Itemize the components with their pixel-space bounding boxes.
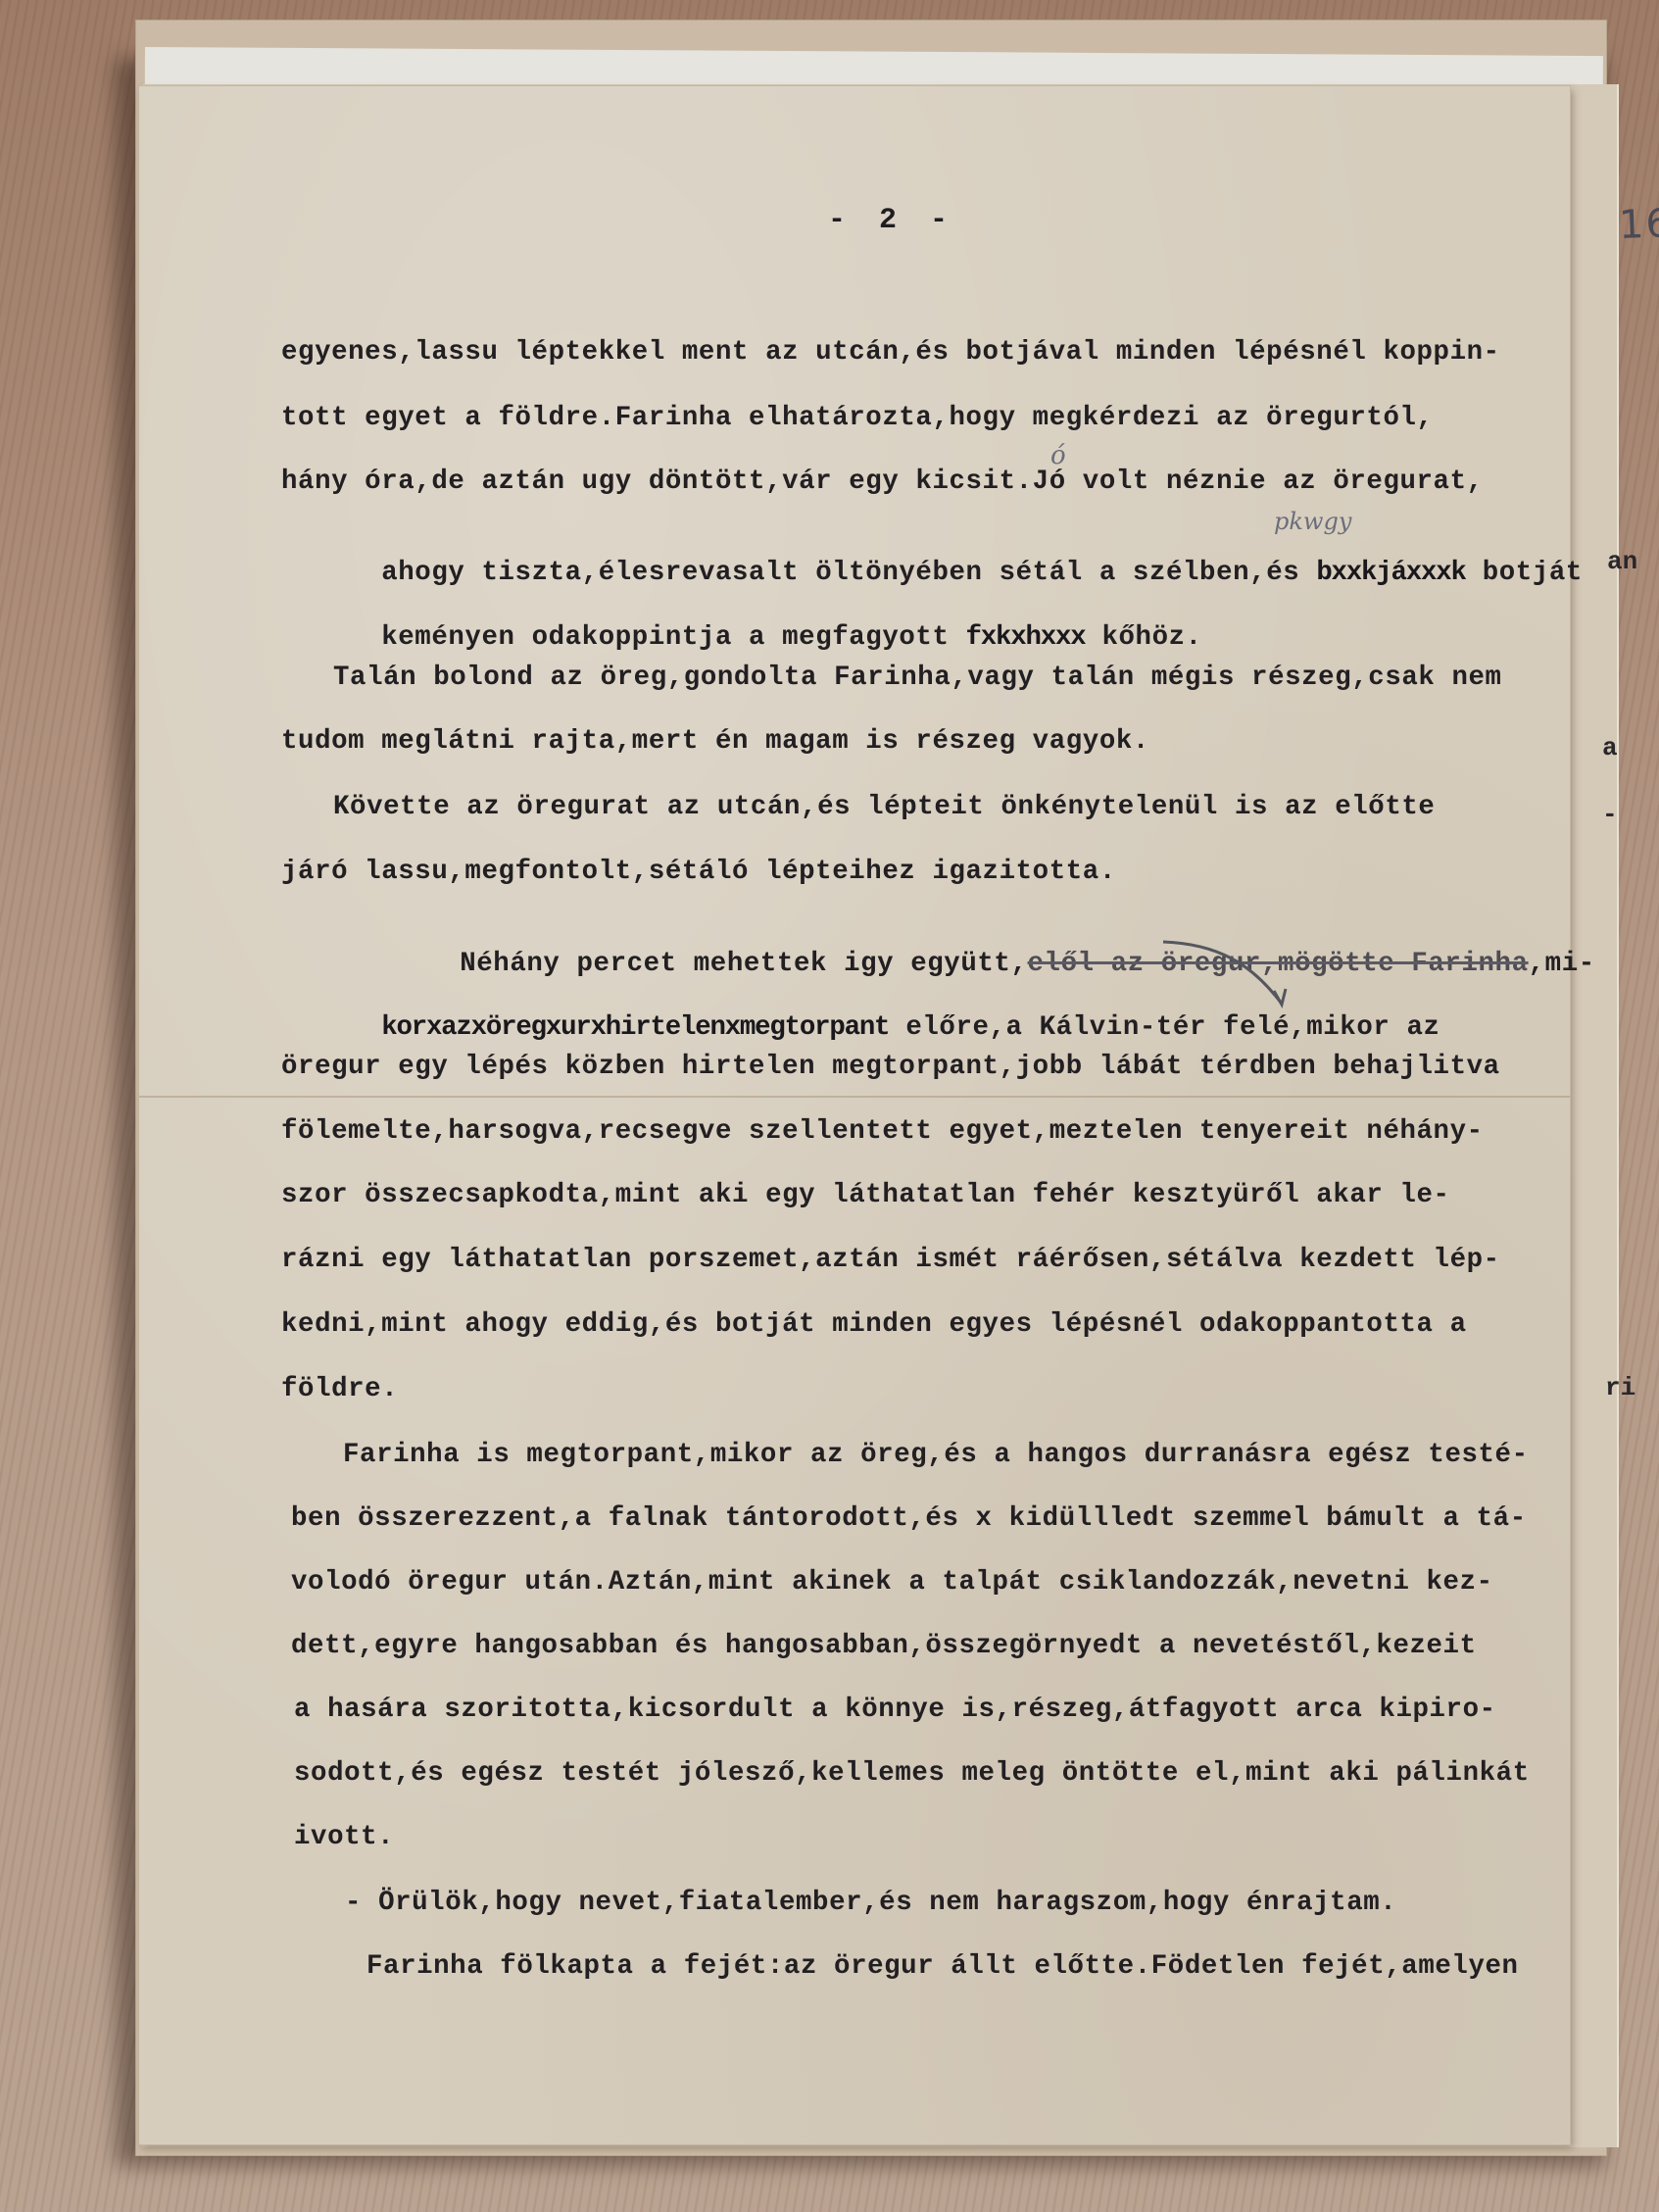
- text-line: tott egyet a földre.Farinha elhatározta,…: [281, 405, 1434, 431]
- text-segment: Néhány percet mehettek igy együtt,: [460, 949, 1027, 979]
- text-line: Farinha is megtorpant,mikor az öreg,és a…: [343, 1442, 1529, 1468]
- text-segment: keményen odakoppintja a megfagyott: [381, 622, 965, 653]
- margin-fragment: an: [1607, 547, 1637, 576]
- text-segment: ahogy tiszta,élesrevasalt öltönyében sét…: [381, 558, 1316, 588]
- text-line: szor összecsapkodta,mint aki egy láthata…: [281, 1182, 1450, 1208]
- typescript-body: egyenes,lassu léptekkel ment az utcán,és…: [139, 86, 1570, 2144]
- dialogue-line: - Örülök,hogy nevet,fiatalember,és nem h…: [345, 1890, 1396, 1916]
- margin-fragment: -: [1602, 800, 1618, 829]
- text-line: tudom meglátni rajta,mert én magam is ré…: [281, 728, 1149, 755]
- text-line: rázni egy láthatatlan porszemet,aztán is…: [281, 1247, 1500, 1273]
- text-line: egyenes,lassu léptekkel ment az utcán,és…: [281, 339, 1500, 366]
- text-segment: ,mi-: [1529, 949, 1595, 979]
- handwritten-correction: ó: [1050, 441, 1066, 470]
- margin-fragment: ri: [1605, 1373, 1635, 1402]
- text-line: hány óra,de aztán ugy döntött,vár egy ki…: [281, 468, 1484, 495]
- typed-strikeout: korxazxöregxurxhirtelenxmegtorpant: [381, 1012, 889, 1043]
- text-line: Követte az öregurat az utcán,és lépteit …: [333, 794, 1435, 820]
- text-line: fölemelte,harsogva,recsegve szellentett …: [281, 1118, 1484, 1145]
- text-line: a hasára szoritotta,kicsordult a könnye …: [294, 1696, 1496, 1723]
- text-line: öregur egy lépés közben hirtelen megtorp…: [281, 1054, 1500, 1080]
- text-line: járó lassu,megfontolt,sétáló lépteihez i…: [281, 859, 1116, 885]
- text-segment: előre,a Kálvin-tér felé,mikor az: [889, 1012, 1439, 1043]
- text-line: volodó öregur után.Aztán,mint akinek a t…: [291, 1569, 1493, 1596]
- text-line: dett,egyre hangosabban és hangosabban,ös…: [291, 1633, 1477, 1659]
- margin-fragment: a: [1602, 733, 1618, 762]
- typewritten-page: 16 - 2 - egyenes,lassu léptekkel ment az…: [139, 86, 1570, 2144]
- text-line: kedni,mint ahogy eddig,és botját minden …: [281, 1311, 1467, 1338]
- handwritten-correction: pkwgy: [1274, 508, 1351, 535]
- text-line: ivott.: [294, 1824, 394, 1850]
- text-line: Farinha fölkapta a fejét:az öregur állt …: [366, 1953, 1519, 1980]
- text-line: földre.: [281, 1376, 398, 1402]
- handwritten-folio-number: 16: [1618, 201, 1659, 248]
- text-segment: kőhöz.: [1085, 622, 1201, 653]
- typed-strikeout: bxxkjáxxxk: [1316, 558, 1465, 588]
- text-line: sodott,és egész testét jólesző,kellemes …: [294, 1760, 1530, 1787]
- text-line: ben összerezzent,a falnak tántorodott,és…: [291, 1505, 1527, 1532]
- text-segment: botját: [1466, 558, 1583, 588]
- typed-strikeout: fxkxhxxx: [966, 622, 1086, 653]
- text-line: Talán bolond az öreg,gondolta Farinha,va…: [333, 664, 1502, 691]
